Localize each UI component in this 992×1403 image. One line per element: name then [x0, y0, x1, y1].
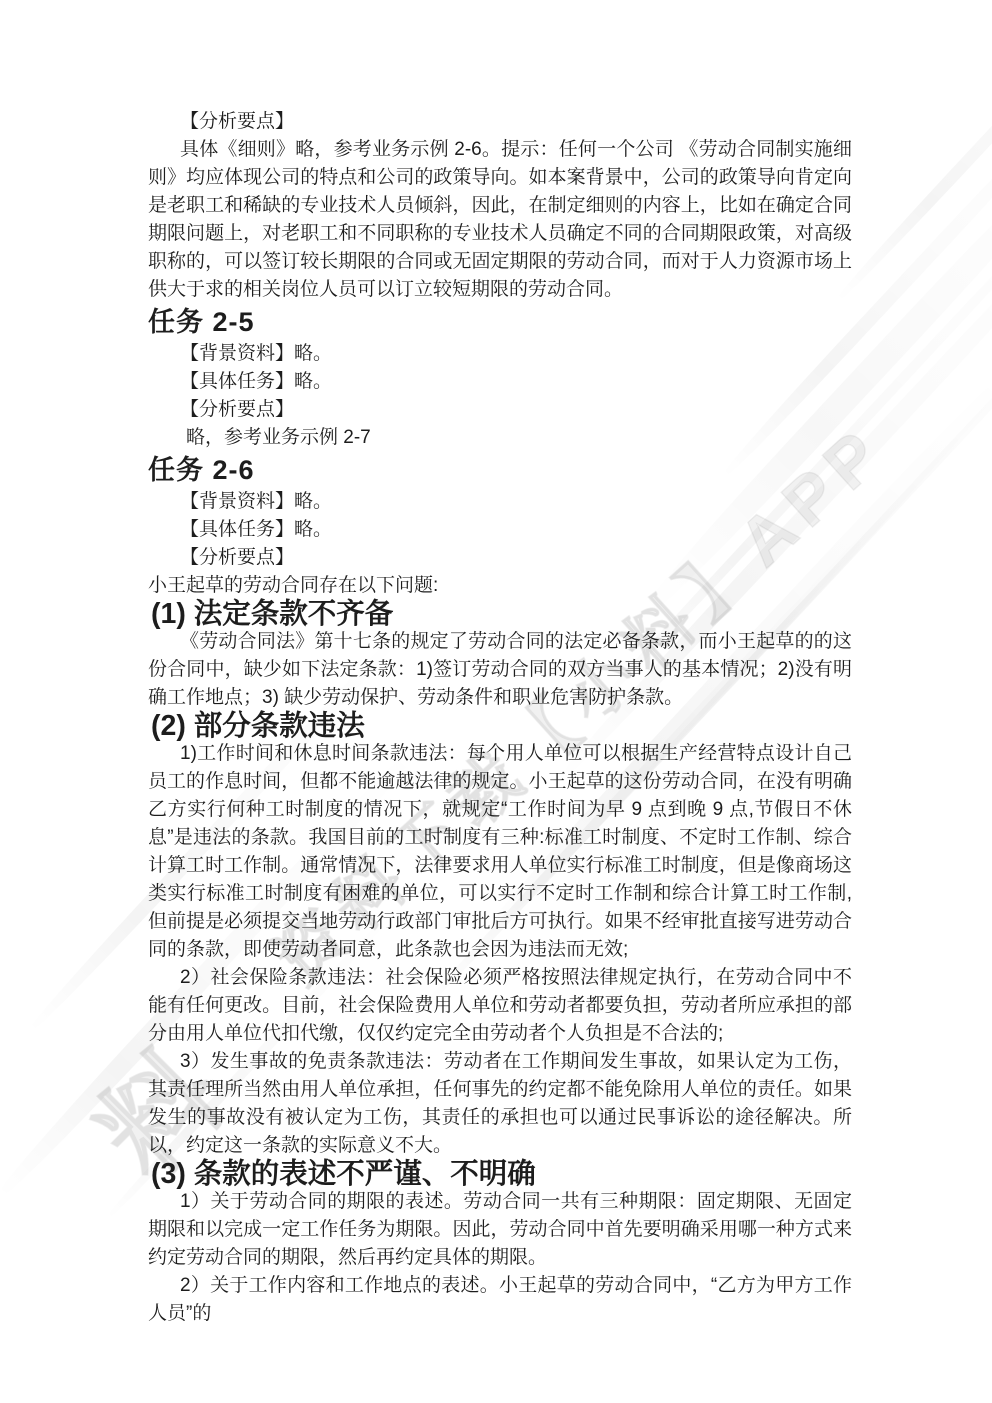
paragraph-working-hours: 1)工作时间和休息时间条款违法：每个用人单位可以根据生产经营特点设计自己员工的作…: [148, 740, 852, 964]
background-material-label: 【背景资料】略。: [148, 340, 852, 368]
watermark-stripe: [832, 0, 992, 306]
paragraph-contract-term: 1）关于劳动合同的期限的表述。劳动合同一共有三种期限：固定期限、无固定期限和以完…: [148, 1188, 852, 1272]
background-material-label: 【背景资料】略。: [148, 488, 852, 516]
paragraph-work-content: 2）关于工作内容和工作地点的表述。小王起草的劳动合同中，“乙方为甲方工作人员”的: [148, 1272, 852, 1328]
analysis-points-label: 【分析要点】: [148, 108, 852, 136]
document-page: { "page": { "background": "#ffffff", "te…: [0, 0, 992, 1403]
subheading-vague-wording: (3) 条款的表述不严谨、不明确: [148, 1160, 852, 1188]
analysis-paragraph-task-2-4: 具体《细则》略，参考业务示例 2-6。提示：任何一个公司 《劳动合同制实施细则》…: [148, 136, 852, 304]
paragraph-accident-liability: 3）发生事故的免责条款违法：劳动者在工作期间发生事故，如果认定为工伤，其责任理所…: [148, 1048, 852, 1160]
specific-task-label: 【具体任务】略。: [148, 368, 852, 396]
subheading-missing-clauses: (1) 法定条款不齐备: [148, 600, 852, 628]
specific-task-label: 【具体任务】略。: [148, 516, 852, 544]
analysis-points-label: 【分析要点】: [148, 396, 852, 424]
heading-task-2-5: 任务 2-5: [148, 304, 852, 340]
problems-intro-line: 小王起草的劳动合同存在以下问题:: [148, 572, 852, 600]
paragraph-missing-clauses: 《劳动合同法》第十七条的规定了劳动合同的法定必备条款，而小王起草的的这份合同中，…: [148, 628, 852, 712]
subheading-illegal-clauses: (2) 部分条款违法: [148, 712, 852, 740]
paragraph-social-insurance: 2）社会保险条款违法：社会保险必须严格按照法律规定执行，在劳动合同中不能有任何更…: [148, 964, 852, 1048]
analysis-reference-line: 略，参考业务示例 2-7: [148, 424, 852, 452]
heading-task-2-6: 任务 2-6: [148, 452, 852, 488]
analysis-points-label: 【分析要点】: [148, 544, 852, 572]
document-body: 【分析要点】 具体《细则》略，参考业务示例 2-6。提示：任何一个公司 《劳动合…: [148, 108, 852, 1328]
